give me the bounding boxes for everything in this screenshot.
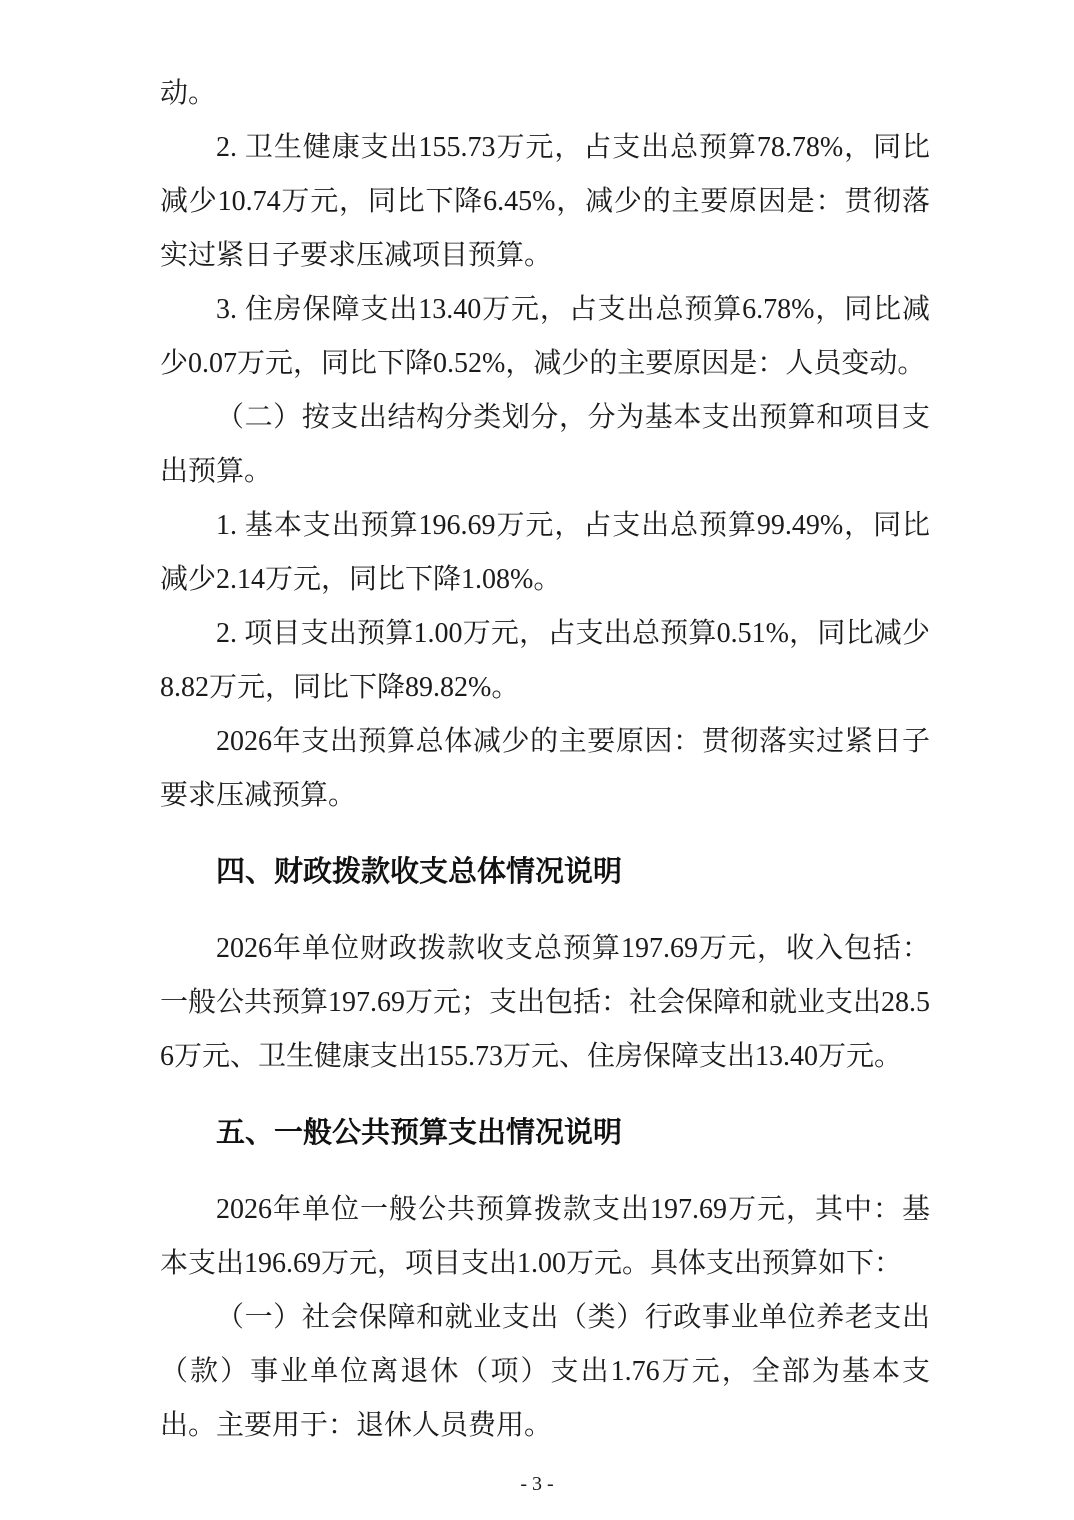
body-paragraph: 动。 [160,67,930,121]
body-paragraph: 1. 基本支出预算196.69万元，占支出总预算99.49%，同比减少2.14万… [160,499,930,607]
body-paragraph: （一）社会保障和就业支出（类）行政事业单位养老支出（款）事业单位离退休（项）支出… [160,1291,930,1453]
body-paragraph: 3. 住房保障支出13.40万元，占支出总预算6.78%，同比减少0.07万元，… [160,283,930,391]
body-paragraph: 2. 项目支出预算1.00万元，占支出总预算0.51%，同比减少8.82万元，同… [160,607,930,715]
document-page: 动。 2. 卫生健康支出155.73万元，占支出总预算78.78%，同比减少10… [0,0,1074,1520]
body-paragraph: （二）按支出结构分类划分，分为基本支出预算和项目支出预算。 [160,391,930,499]
body-paragraph: 2026年单位一般公共预算拨款支出197.69万元，其中：基本支出196.69万… [160,1183,930,1291]
body-paragraph: 2026年单位财政拨款收支总预算197.69万元，收入包括：一般公共预算197.… [160,922,930,1084]
section-heading-5: 五、一般公共预算支出情况说明 [160,1106,930,1160]
document-body: 动。 2. 卫生健康支出155.73万元，占支出总预算78.78%，同比减少10… [160,67,930,1453]
page-number: - 3 - [0,1470,1074,1498]
section-heading-4: 四、财政拨款收支总体情况说明 [160,845,930,899]
body-paragraph: 2026年支出预算总体减少的主要原因：贯彻落实过紧日子要求压减预算。 [160,715,930,823]
body-paragraph: 2. 卫生健康支出155.73万元，占支出总预算78.78%，同比减少10.74… [160,121,930,283]
